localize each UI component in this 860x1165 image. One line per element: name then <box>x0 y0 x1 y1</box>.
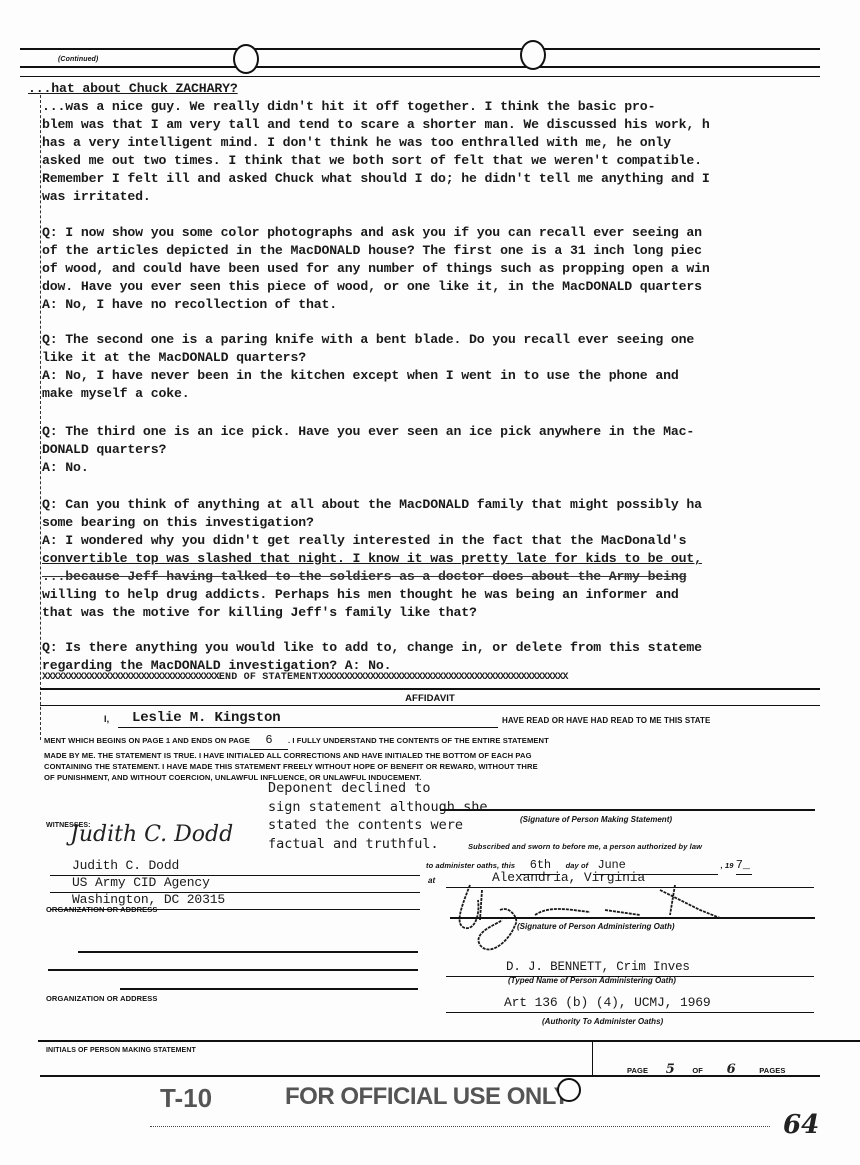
question-line: Q: Is there anything you would like to a… <box>42 639 702 657</box>
x-filler: XXXXXXXXXXXXXXXXXXXXXXXXXXXXXXXXXX <box>42 672 219 683</box>
affidavit-text-line: MENT WHICH BEGINS ON PAGE 1 AND ENDS ON … <box>44 736 250 745</box>
admin-signature-line <box>450 917 815 919</box>
handwritten-page-number: 64 <box>783 1110 819 1140</box>
deponent-note: Deponent declined to sign statement alth… <box>268 779 487 853</box>
affidavit-text-line: CONTAINING THE STATEMENT. I HAVE MADE TH… <box>44 761 549 772</box>
header-rule <box>20 76 820 77</box>
question-line: Q: The second one is a paring knife with… <box>42 331 694 349</box>
typed-name: D. J. BENNETT, Crim Inves <box>506 960 690 974</box>
at-label: at <box>428 876 435 885</box>
witness2-line <box>78 951 418 953</box>
answer-chuck: ...was a nice guy. We really didn't hit … <box>42 98 710 206</box>
text-line: blem was that I am very tall and tend to… <box>42 116 710 134</box>
form-number: T-10 <box>160 1083 212 1114</box>
margin-line <box>40 95 41 740</box>
punch-hole-icon <box>233 44 259 74</box>
read-label: HAVE READ OR HAVE HAD READ TO ME THIS ST… <box>502 716 710 725</box>
admin-signature-caption: (Signature of Person Administering Oath) <box>517 922 675 931</box>
end-of-statement-marker: XXXXXXXXXXXXXXXXXXXXXXXXXXXXXXXXXXEND OF… <box>42 672 812 684</box>
signature-caption: (Signature of Person Making Statement) <box>520 815 672 824</box>
question-line: Q: The third one is an ice pick. Have yo… <box>42 423 694 441</box>
question-anything: Q: Can you think of anything at all abou… <box>42 496 702 622</box>
of-label: OF <box>692 1066 703 1075</box>
deponent-name: Leslie M. Kingston <box>132 710 281 726</box>
i-label: I, <box>104 714 109 724</box>
witness-signature: Judith C. Dodd <box>70 822 233 847</box>
witness2-line <box>120 988 418 990</box>
answer-line: A: No, I have never been in the kitchen … <box>42 367 694 385</box>
text-line: was irritated. <box>42 188 710 206</box>
authority-caption: (Authority To Administer Oaths) <box>542 1017 663 1026</box>
typed-name-field: D. J. BENNETT, Crim Inves <box>446 957 814 977</box>
page-label: PAGE <box>627 1066 648 1075</box>
answer-line: A: I wondered why you didn't get really … <box>42 532 702 550</box>
affidavit-text-line: MADE BY ME. THE STATEMENT IS TRUE. I HAV… <box>44 750 549 761</box>
end-page-value: 6 <box>265 733 272 747</box>
administrator-signature-icon <box>440 880 740 960</box>
pages-label: PAGES <box>759 1066 785 1075</box>
affidavit-rule <box>40 705 820 706</box>
footer-bottom-rule <box>40 1075 820 1077</box>
punch-hole-icon <box>557 1078 581 1102</box>
question-photographs: Q: I now show you some color photographs… <box>42 224 710 314</box>
answer-line: A: No, I have no recollection of that. <box>42 296 710 314</box>
punch-hole-icon <box>520 40 546 70</box>
authority: Art 136 (b) (4), UCMJ, 1969 <box>504 995 711 1010</box>
question-line: of the articles depicted in the MacDONAL… <box>42 242 710 260</box>
question-line: like it at the MacDONALD quarters? <box>42 349 694 367</box>
answer-line: convertible top was slashed that night. … <box>42 550 702 568</box>
question-fragment: ...hat about Chuck ZACHARY? <box>28 80 238 98</box>
question-line: DONALD quarters? <box>42 441 694 459</box>
footer-rule <box>38 1040 860 1042</box>
note-line: stated the contents were <box>268 816 487 835</box>
question-line: Q: Can you think of anything at all abou… <box>42 496 702 514</box>
initials-label: INITIALS OF PERSON MAKING STATEMENT <box>46 1047 196 1054</box>
end-label: END OF STATEMENT <box>219 672 318 683</box>
witness-name: Judith C. Dodd <box>72 858 179 873</box>
authority-field: Art 136 (b) (4), UCMJ, 1969 <box>446 993 814 1013</box>
affidavit-top-rule <box>40 688 820 690</box>
question-add: Q: Is there anything you would like to a… <box>42 639 702 675</box>
question-line: Q: I now show you some color photographs… <box>42 224 710 242</box>
answer-line: A: No. <box>42 459 694 477</box>
page-box-divider <box>592 1042 593 1076</box>
question-line: dow. Have you ever seen this piece of wo… <box>42 278 710 296</box>
continued-label: (Continued) <box>58 56 98 63</box>
affidavit-text-line: . I FULLY UNDERSTAND THE CONTENTS OF THE… <box>288 736 549 745</box>
typed-name-caption: (Typed Name of Person Administering Oath… <box>508 976 676 985</box>
subscribed-text: Subscribed and sworn to before me, a per… <box>468 842 702 851</box>
answer-line: willing to help drug addicts. Perhaps hi… <box>42 586 702 604</box>
struck-line: ...because Jeff having talked to the sol… <box>42 568 702 586</box>
question-line: of wood, and could have been used for an… <box>42 260 710 278</box>
witness-org: US Army CID Agency <box>72 875 210 890</box>
question-icepick: Q: The third one is an ice pick. Have yo… <box>42 423 694 477</box>
header-rule <box>20 48 820 50</box>
answer-line: that was the motive for killing Jeff's f… <box>42 604 702 622</box>
statement-signature-line <box>440 809 815 811</box>
affidavit-title: AFFIDAVIT <box>0 693 860 704</box>
x-filler: XXXXXXXXXXXXXXXXXXXXXXXXXXXXXXXXXX <box>318 672 495 683</box>
text-line: ...was a nice guy. We really didn't hit … <box>42 98 710 116</box>
classification-stamp: FOR OFFICIAL USE ONLY <box>285 1083 569 1111</box>
header-rule <box>20 66 820 68</box>
org-caption-2: ORGANIZATION OR ADDRESS <box>46 994 157 1003</box>
deponent-name-field: Leslie M. Kingston <box>118 708 498 728</box>
org-caption: ORGANIZATION OR ADDRESS <box>46 905 157 914</box>
text-line: has a very intelligent mind. I don't thi… <box>42 134 710 152</box>
question-line: some bearing on this investigation? <box>42 514 702 532</box>
text-line: asked me out two times. I think that we … <box>42 152 710 170</box>
note-line: Deponent declined to <box>268 779 487 798</box>
note-line: factual and truthful. <box>268 835 487 854</box>
question-knife: Q: The second one is a paring knife with… <box>42 331 694 403</box>
witness2-line <box>48 969 418 971</box>
affidavit-text: MENT WHICH BEGINS ON PAGE 1 AND ENDS ON … <box>44 731 549 783</box>
answer-line: make myself a coke. <box>42 385 694 403</box>
footer-dotted-rule <box>150 1126 770 1127</box>
text-line: Remember I felt ill and asked Chuck what… <box>42 170 710 188</box>
note-line: sign statement although she <box>268 798 487 817</box>
